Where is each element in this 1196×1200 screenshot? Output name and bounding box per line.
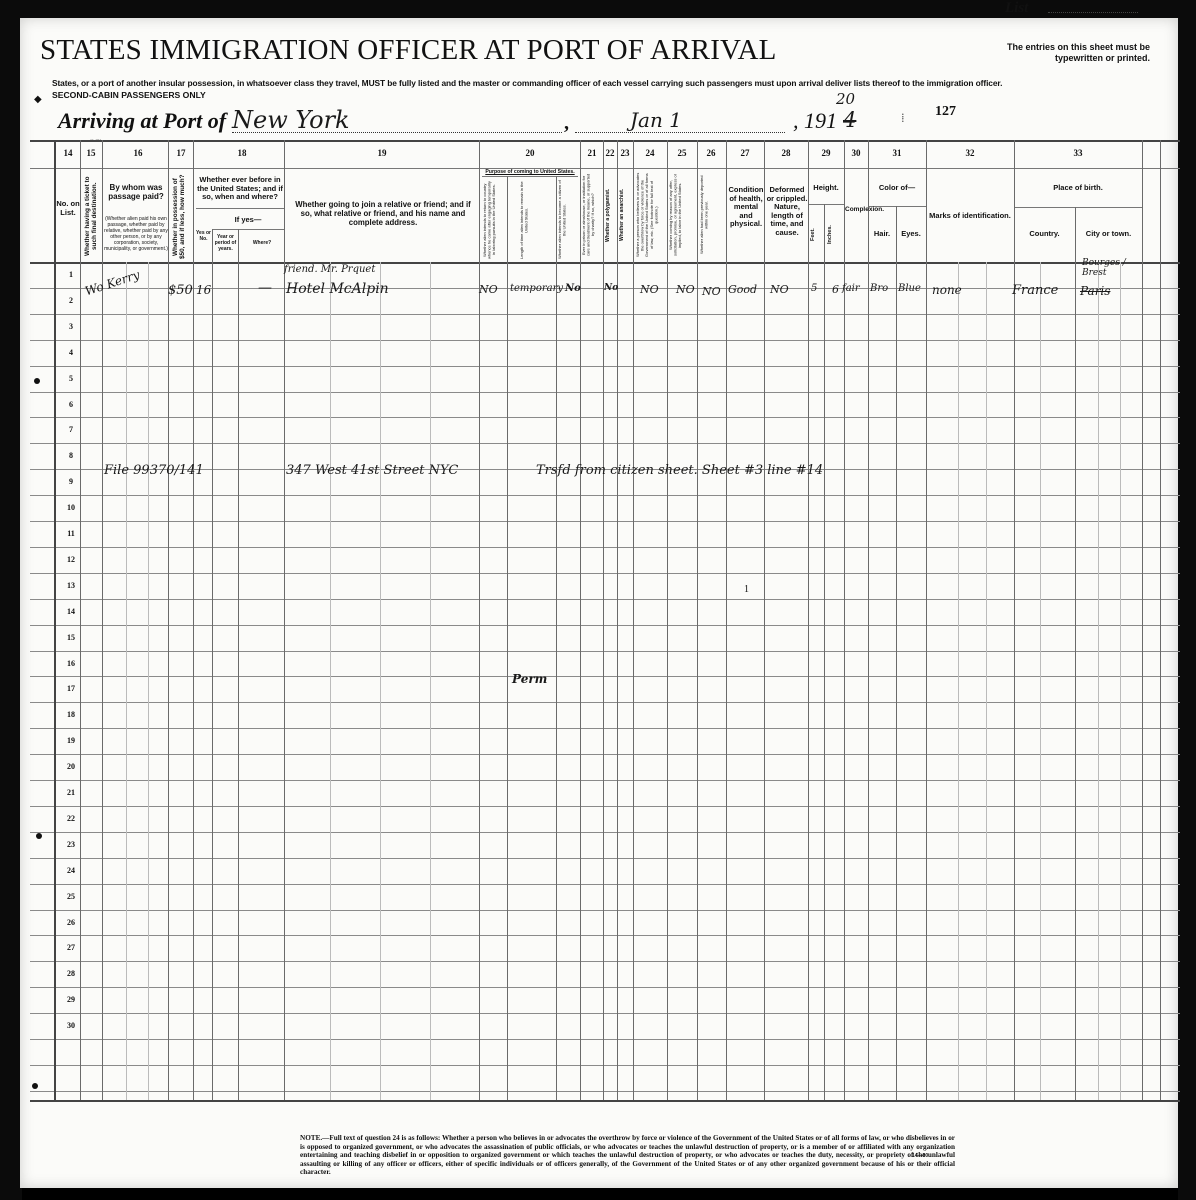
row-number: 2 — [64, 296, 78, 305]
row-number: 18 — [64, 710, 78, 719]
column-number-31: 31 — [887, 148, 907, 158]
row-number: 27 — [64, 943, 78, 952]
column-number-23: 23 — [617, 148, 633, 158]
header-place-of-birth: Place of birth. — [1014, 184, 1142, 193]
row1-country: France — [1012, 283, 1058, 298]
row1-question-24: NO — [676, 283, 695, 296]
row1-money: $50 — [168, 283, 193, 298]
form-code: 14—80 — [912, 1153, 928, 1159]
list-number-field — [1048, 12, 1138, 13]
row-number: 23 — [64, 840, 78, 849]
column-number-24: 24 — [640, 148, 660, 158]
stray-mark: 1 — [744, 584, 749, 595]
row-number: 21 — [64, 788, 78, 797]
column-number-25: 25 — [672, 148, 692, 158]
row-number: 9 — [64, 477, 78, 486]
row-number: 5 — [64, 374, 78, 383]
row1-deported: NO — [702, 285, 721, 298]
date-field-line — [575, 132, 785, 133]
header-purpose: Purpose of coming to United States. — [481, 168, 579, 177]
column-number-29: 29 — [816, 148, 836, 158]
header-labor-offer: Whether coming by reason of any offer, s… — [669, 172, 695, 258]
header-complexion: Complexion. — [845, 206, 868, 215]
header-deported: Whether alien had been previously deport… — [700, 172, 724, 258]
row-number: 24 — [64, 866, 78, 875]
row-number: 13 — [64, 581, 78, 590]
header-year-period: Year or period of years. — [213, 234, 238, 252]
row1-city-correction: Bourges / Brest — [1082, 258, 1142, 278]
header-if-yes: If yes— — [212, 216, 284, 225]
row-number: 29 — [64, 995, 78, 1004]
port-handwritten: New York — [232, 106, 350, 134]
header-no-on-list: No. on List. — [56, 200, 80, 217]
header-country: Country. — [1014, 230, 1075, 239]
column-number-30: 30 — [846, 148, 866, 158]
column-number-16: 16 — [118, 148, 158, 158]
punch-hole-mark — [36, 833, 42, 839]
row1-height-inches: 6 — [832, 283, 839, 296]
column-number-19: 19 — [362, 148, 402, 158]
row-number: 20 — [64, 762, 78, 771]
year-prefix: , 191 — [793, 108, 837, 134]
row1-hair: Bro — [870, 283, 888, 294]
row-number: 4 — [64, 348, 78, 357]
header-before-in-us: Whether ever before in the United States… — [196, 176, 284, 202]
column-number-32: 32 — [960, 148, 980, 158]
row1-city-struck: Paris — [1080, 284, 1110, 298]
header-passage-paid-sub: (Whether alien paid his own passage, whe… — [104, 216, 168, 252]
header-health: Condition of health, mental and physical… — [728, 186, 764, 229]
header-polygamist: Whether a polygamist. — [605, 172, 616, 258]
header-prison: Ever in prison or almshouse, or institut… — [582, 172, 602, 258]
row-number: 8 — [64, 451, 78, 460]
row1-marks: none — [932, 283, 962, 297]
punch-hole-mark — [34, 378, 40, 384]
row8-remark: Trsfd from citizen sheet. Sheet #3 line … — [536, 463, 823, 478]
header-eyes: Eyes. — [896, 230, 926, 239]
column-number-15: 15 — [82, 148, 100, 158]
header-intends-return: Whether alien intends to return to count… — [483, 180, 505, 260]
row-number: 10 — [64, 503, 78, 512]
column-number-26: 26 — [700, 148, 722, 158]
row16-perm-mark: Perm — [512, 672, 547, 686]
header-marks: Marks of identification. — [928, 212, 1012, 221]
header-inches: Inches. — [827, 212, 841, 258]
row1-money-extra: 16 — [196, 283, 211, 297]
row-number: 25 — [64, 892, 78, 901]
column-number-28: 28 — [776, 148, 796, 158]
row1-citizen: No — [565, 283, 581, 294]
column-number-17: 17 — [170, 148, 192, 158]
header-length-of-stay: Length of time alien intends to remain i… — [520, 180, 542, 260]
header-anarchist: Whether an anarchist. — [619, 172, 631, 258]
row1-prison-polygamist: No — [604, 283, 618, 293]
sheet-number: 127 — [935, 104, 956, 120]
row1-height-feet: 5 — [811, 283, 817, 294]
row1-eyes: Blue — [898, 283, 921, 294]
scan-border-right — [1178, 0, 1196, 1200]
header-join-relative: Whether going to join a relative or frie… — [290, 200, 476, 227]
form-tiny-code: 11-181 — [90, 138, 101, 143]
column-number-27: 27 — [735, 148, 755, 158]
punch-hole-mark: ◆ — [34, 94, 42, 105]
row-number: 22 — [64, 814, 78, 823]
instruction-line: States, or a port of another insular pos… — [52, 78, 1002, 88]
column-number-20: 20 — [510, 148, 550, 158]
header-deformed: Deformed or crippled. Nature, length of … — [765, 186, 809, 237]
date-handwritten: Jan 1 — [630, 108, 682, 132]
header-intends-citizen: Whether alien intends to become a citize… — [558, 180, 578, 260]
passenger-class-label: SECOND-CABIN PASSENGERS ONLY — [52, 90, 206, 100]
header-where: Where? — [240, 240, 284, 246]
scan-border-left — [0, 0, 22, 1200]
row-number: 12 — [64, 555, 78, 564]
row-number: 1 — [64, 270, 78, 279]
row1-join-line2: Hotel McAlpin — [286, 281, 389, 297]
row1-join-line1: friend. Mr. Prquet — [284, 264, 375, 275]
row1-before-in-us: — — [258, 280, 272, 296]
row1-complexion: fair — [842, 283, 860, 294]
row1-health: Good — [728, 283, 757, 296]
row8-address: 347 West 41st Street NYC — [286, 463, 458, 478]
year-correction: 20 — [836, 90, 855, 108]
header-question-24: Whether a person who believes in or advo… — [636, 172, 665, 258]
row1-anarchist: NO — [640, 283, 659, 296]
row-number: 6 — [64, 400, 78, 409]
header-passage-paid: By whom was passage paid? — [106, 184, 166, 201]
row-number: 14 — [64, 607, 78, 616]
separator-mark: ⁞ — [901, 110, 905, 126]
row-number: 3 — [64, 322, 78, 331]
row8-file-number: File 99370/141 — [104, 463, 204, 478]
header-money: Whether in possession of $50, and if les… — [172, 174, 190, 260]
header-ticket: Whether having a ticket to such final de… — [84, 172, 100, 260]
row-number: 28 — [64, 969, 78, 978]
column-number-22: 22 — [603, 148, 617, 158]
header-hair: Hair. — [868, 230, 896, 239]
row-number: 30 — [64, 1021, 78, 1030]
column-number-18: 18 — [222, 148, 262, 158]
column-number-33: 33 — [1068, 148, 1088, 158]
row-number: 7 — [64, 425, 78, 434]
footnote-question-24: NOTE.—Full text of question 24 is as fol… — [300, 1134, 955, 1177]
document-title: STATES IMMIGRATION OFFICER AT PORT OF AR… — [40, 34, 777, 67]
row-number: 26 — [64, 918, 78, 927]
header-city: City or town. — [1075, 230, 1142, 239]
row-number: 16 — [64, 659, 78, 668]
list-label: List — [1005, 0, 1028, 17]
row1-length-of-stay: temporary — [510, 283, 563, 294]
header-yes-no: Yes or No. — [195, 230, 212, 242]
column-number-21: 21 — [582, 148, 602, 158]
comma: , — [564, 112, 569, 135]
row-number: 17 — [64, 684, 78, 693]
arriving-label: Arriving at Port of — [58, 108, 226, 134]
column-number-14: 14 — [58, 148, 78, 158]
row-number: 11 — [64, 529, 78, 538]
row-number: 15 — [64, 633, 78, 642]
header-feet: Feet. — [810, 212, 822, 258]
row1-deformed: NO — [770, 283, 789, 296]
row-number: 19 — [64, 736, 78, 745]
typewritten-instruction: The entries on this sheet must be typewr… — [960, 42, 1150, 64]
year-struck-digit: 4 — [843, 108, 856, 132]
header-height: Height. — [808, 184, 844, 193]
row1-return: NO — [479, 283, 498, 296]
header-color-of: Color of— — [868, 184, 926, 193]
punch-hole-mark — [32, 1083, 38, 1089]
